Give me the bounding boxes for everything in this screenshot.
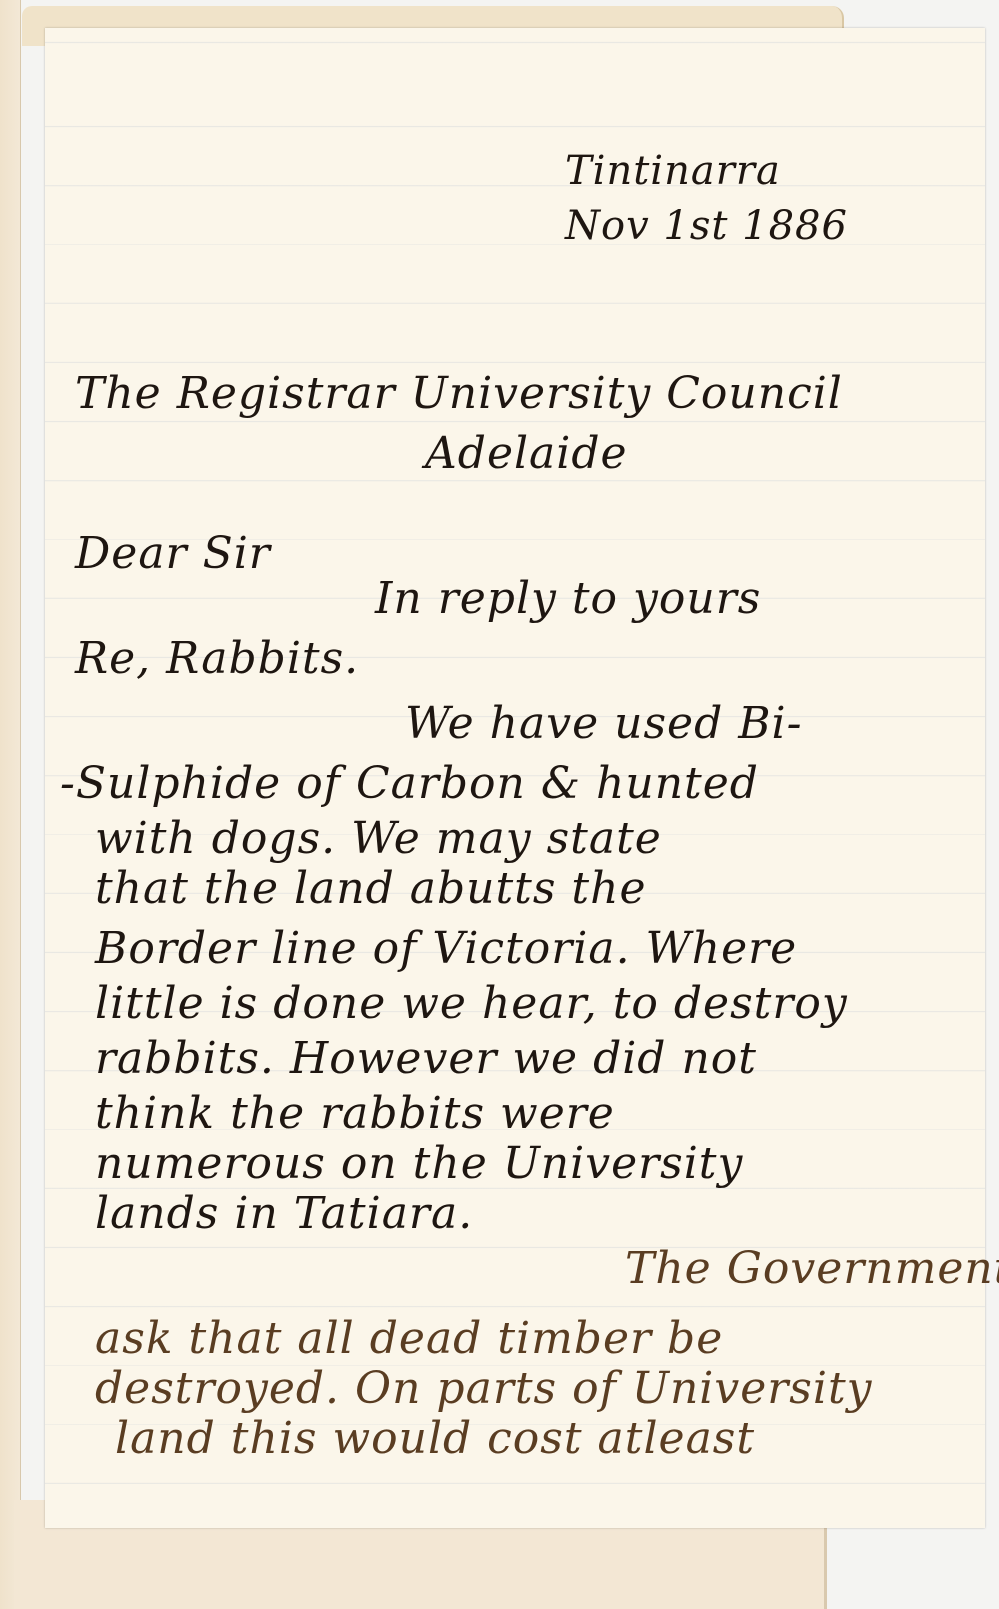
- body-line: little is done we hear, to destroy: [95, 978, 848, 1029]
- body-line: destroyed. On parts of University: [95, 1363, 872, 1414]
- letter-page: Tintinarra Nov 1st 1886 The Registrar Un…: [45, 28, 985, 1528]
- date-line: Nov 1st 1886: [565, 203, 848, 249]
- body-line: -Sulphide of Carbon & hunted: [60, 758, 759, 809]
- subject-line: Re, Rabbits.: [75, 633, 359, 684]
- body-line: land this would cost atleast: [115, 1413, 755, 1464]
- addressee-line2: Adelaide: [425, 428, 628, 479]
- body-line: think the rabbits were: [95, 1088, 615, 1139]
- body-line: that the land abutts the: [95, 863, 646, 914]
- body-line: Border line of Victoria. Where: [95, 923, 797, 974]
- body-line: lands in Tatiara.: [95, 1188, 473, 1239]
- addressee-line1: The Registrar University Council: [75, 368, 843, 419]
- body-line: numerous on the University: [95, 1138, 743, 1189]
- body-line: We have used Bi-: [405, 698, 803, 749]
- back-sheet-edge: [0, 0, 21, 1609]
- body-line: with dogs. We may state: [95, 813, 662, 864]
- body-line: ask that all dead timber be: [95, 1313, 723, 1364]
- body-line: rabbits. However we did not: [95, 1033, 757, 1084]
- body-line: The Government: [625, 1243, 999, 1294]
- opening-line: In reply to yours: [375, 573, 761, 624]
- place-line: Tintinarra: [565, 148, 781, 194]
- salutation: Dear Sir: [75, 528, 271, 579]
